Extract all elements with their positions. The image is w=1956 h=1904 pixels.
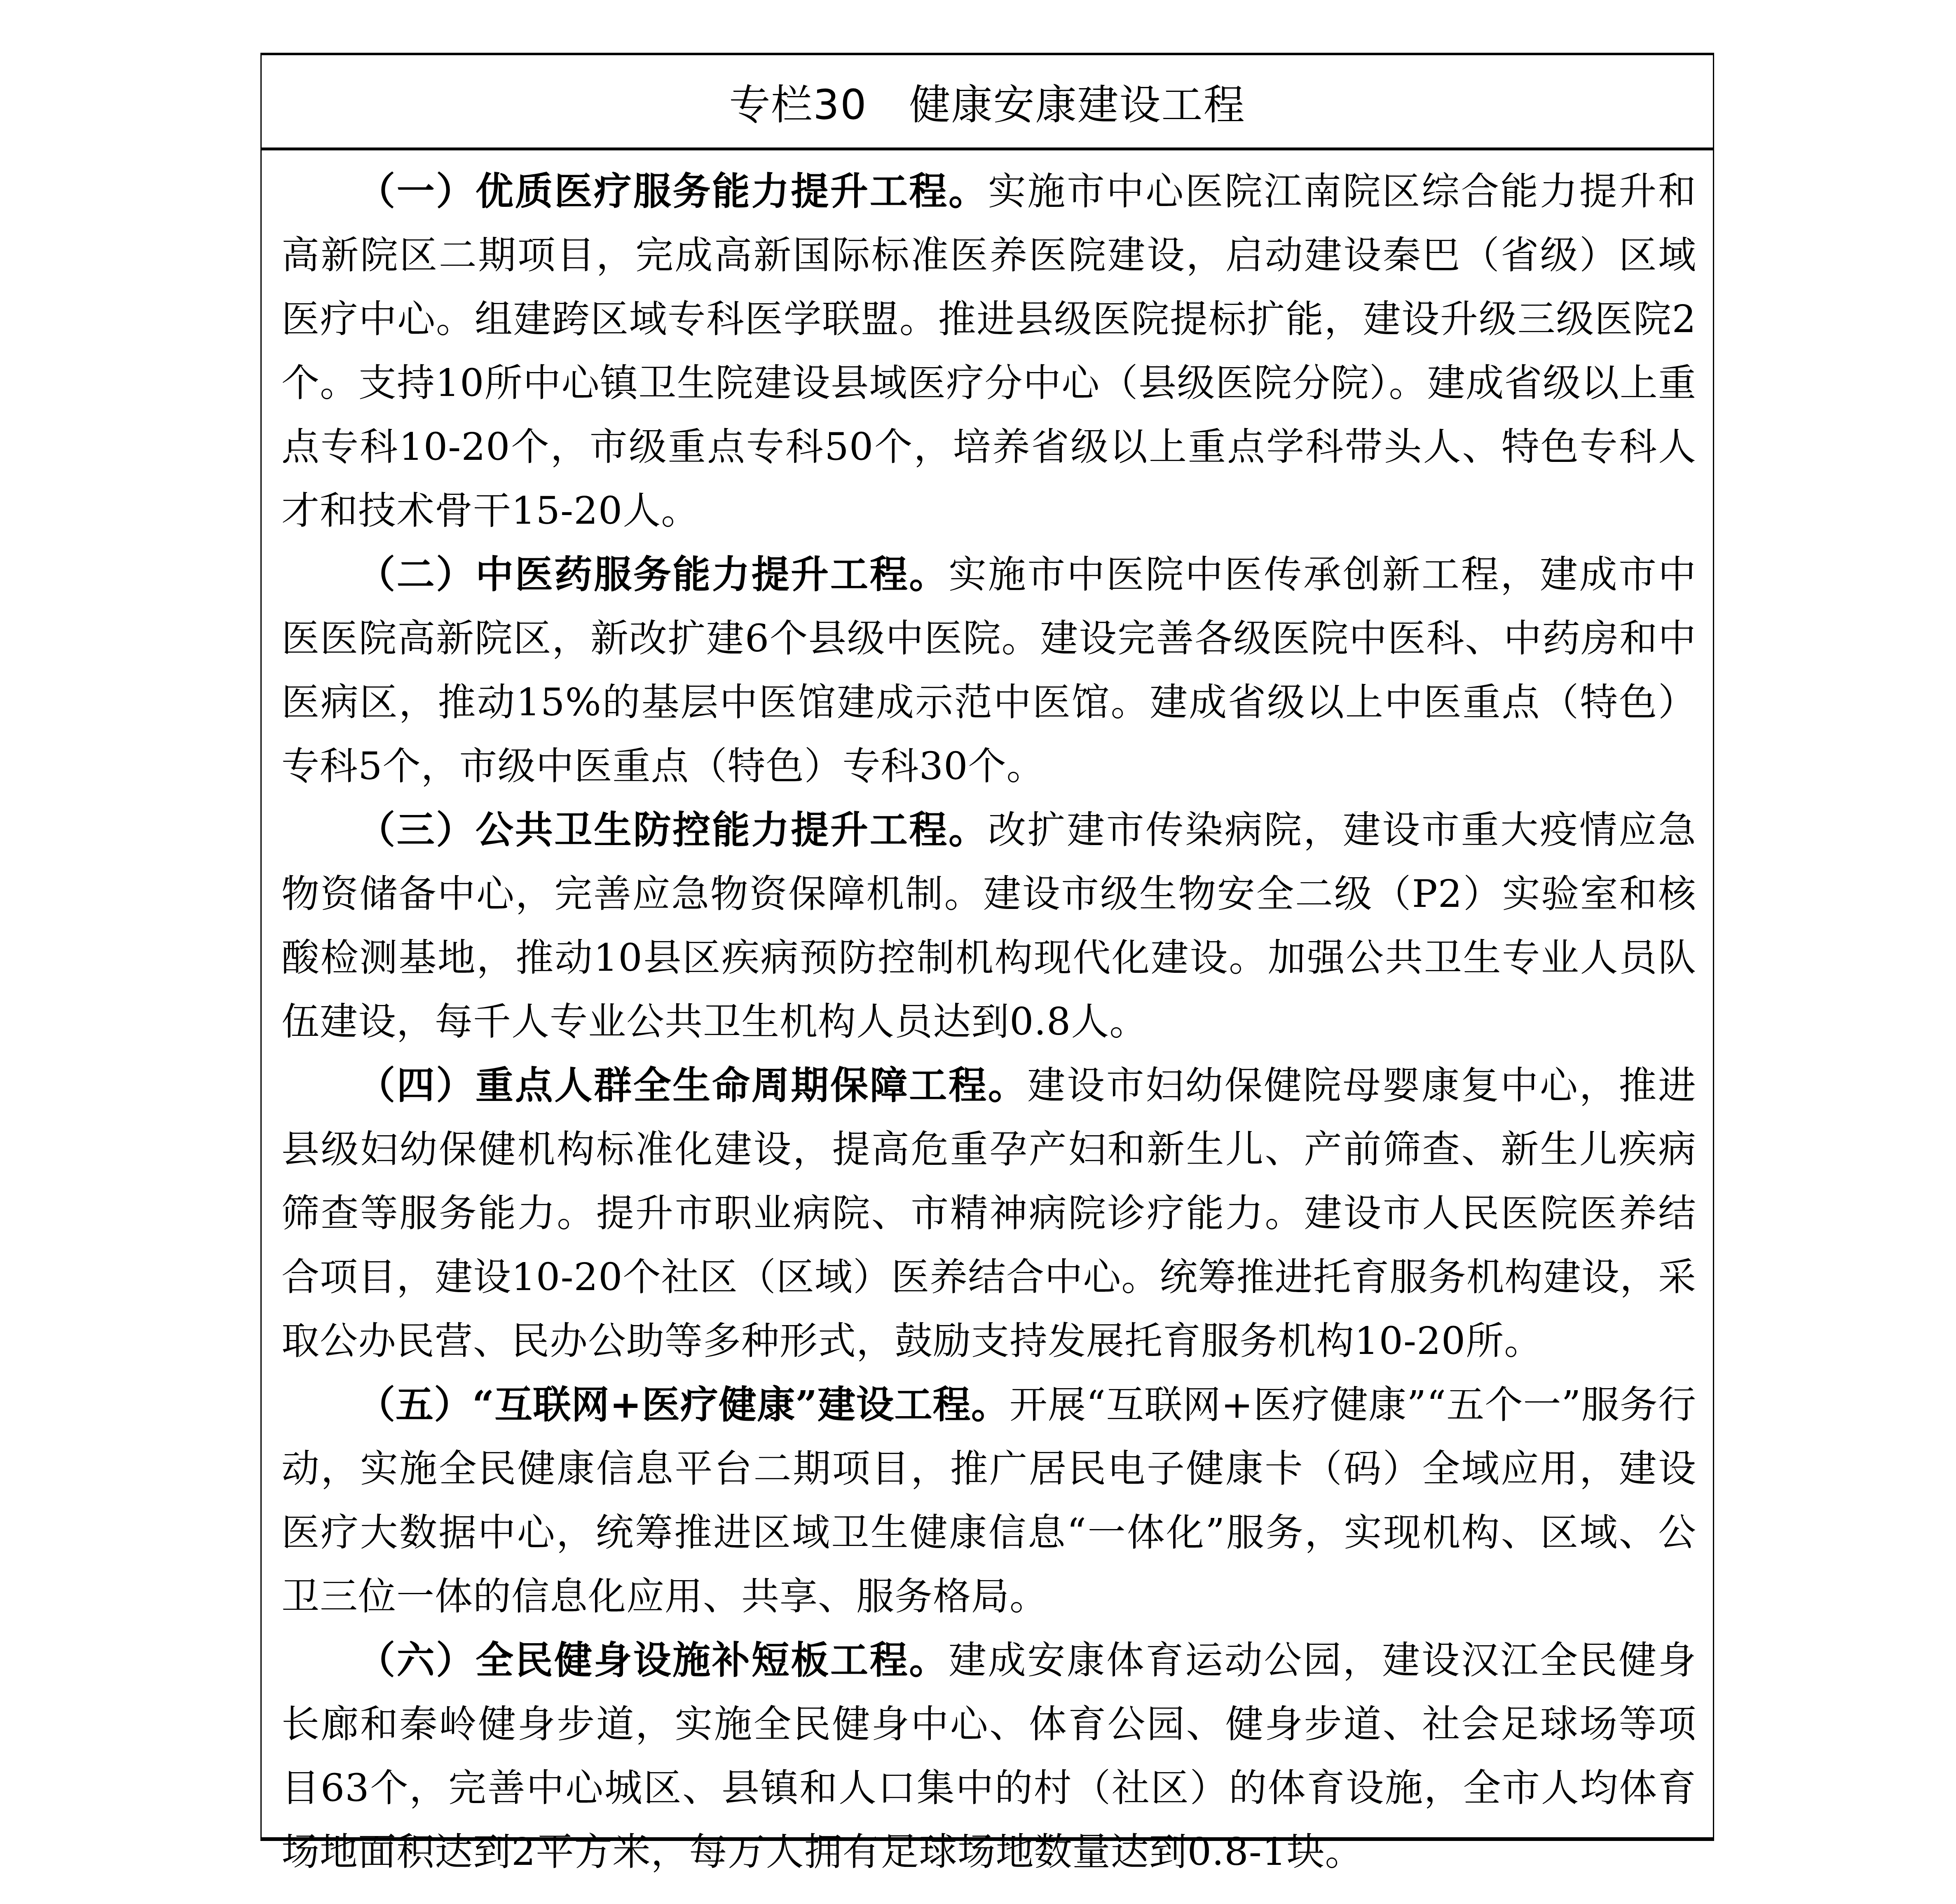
box-title: 专栏30 健康安康建设工程 (729, 72, 1245, 131)
box-body: （一）优质医疗服务能力提升工程。实施市中心医院江南院区综合能力提升和高新院区二期… (262, 150, 1713, 1884)
paragraph-medical-services: （一）优质医疗服务能力提升工程。实施市中心医院江南院区综合能力提升和高新院区二期… (281, 159, 1696, 543)
feature-box: 专栏30 健康安康建设工程 （一）优质医疗服务能力提升工程。实施市中心医院江南院… (260, 53, 1714, 1841)
paragraph-heading: （六）全民健身设施补短板工程。 (357, 1638, 949, 1682)
paragraph-text: 实施市中心医院江南院区综合能力提升和高新院区二期项目，完成高新国际标准医养医院建… (281, 169, 1696, 533)
paragraph-heading: （四）重点人群全生命周期保障工程。 (357, 1063, 1027, 1108)
paragraph-heading: （五）“互联网+医疗健康”建设工程。 (357, 1382, 1010, 1427)
paragraph-heading: （二）中医药服务能力提升工程。 (357, 552, 949, 597)
paragraph-key-populations: （四）重点人群全生命周期保障工程。建设市妇幼保健院母婴康复中心，推进县级妇幼保健… (281, 1054, 1696, 1373)
paragraph-text: 建设市妇幼保健院母婴康复中心，推进县级妇幼保健机构标准化建设，提高危重孕产妇和新… (281, 1063, 1696, 1363)
paragraph-heading: （三）公共卫生防控能力提升工程。 (357, 808, 988, 852)
paragraph-fitness-facilities: （六）全民健身设施补短板工程。建成安康体育运动公园，建设汉江全民健身长廊和秦岭健… (281, 1628, 1696, 1884)
paragraph-internet-healthcare: （五）“互联网+医疗健康”建设工程。开展“互联网+医疗健康”“五个一”服务行动，… (281, 1373, 1696, 1628)
paragraph-public-health: （三）公共卫生防控能力提升工程。改扩建市传染病院，建设市重大疫情应急物资储备中心… (281, 798, 1696, 1054)
paragraph-tcm-services: （二）中医药服务能力提升工程。实施市中医院中医传承创新工程，建成市中医医院高新院… (281, 543, 1696, 798)
paragraph-heading: （一）优质医疗服务能力提升工程。 (357, 169, 988, 213)
title-row: 专栏30 健康安康建设工程 (262, 55, 1713, 150)
